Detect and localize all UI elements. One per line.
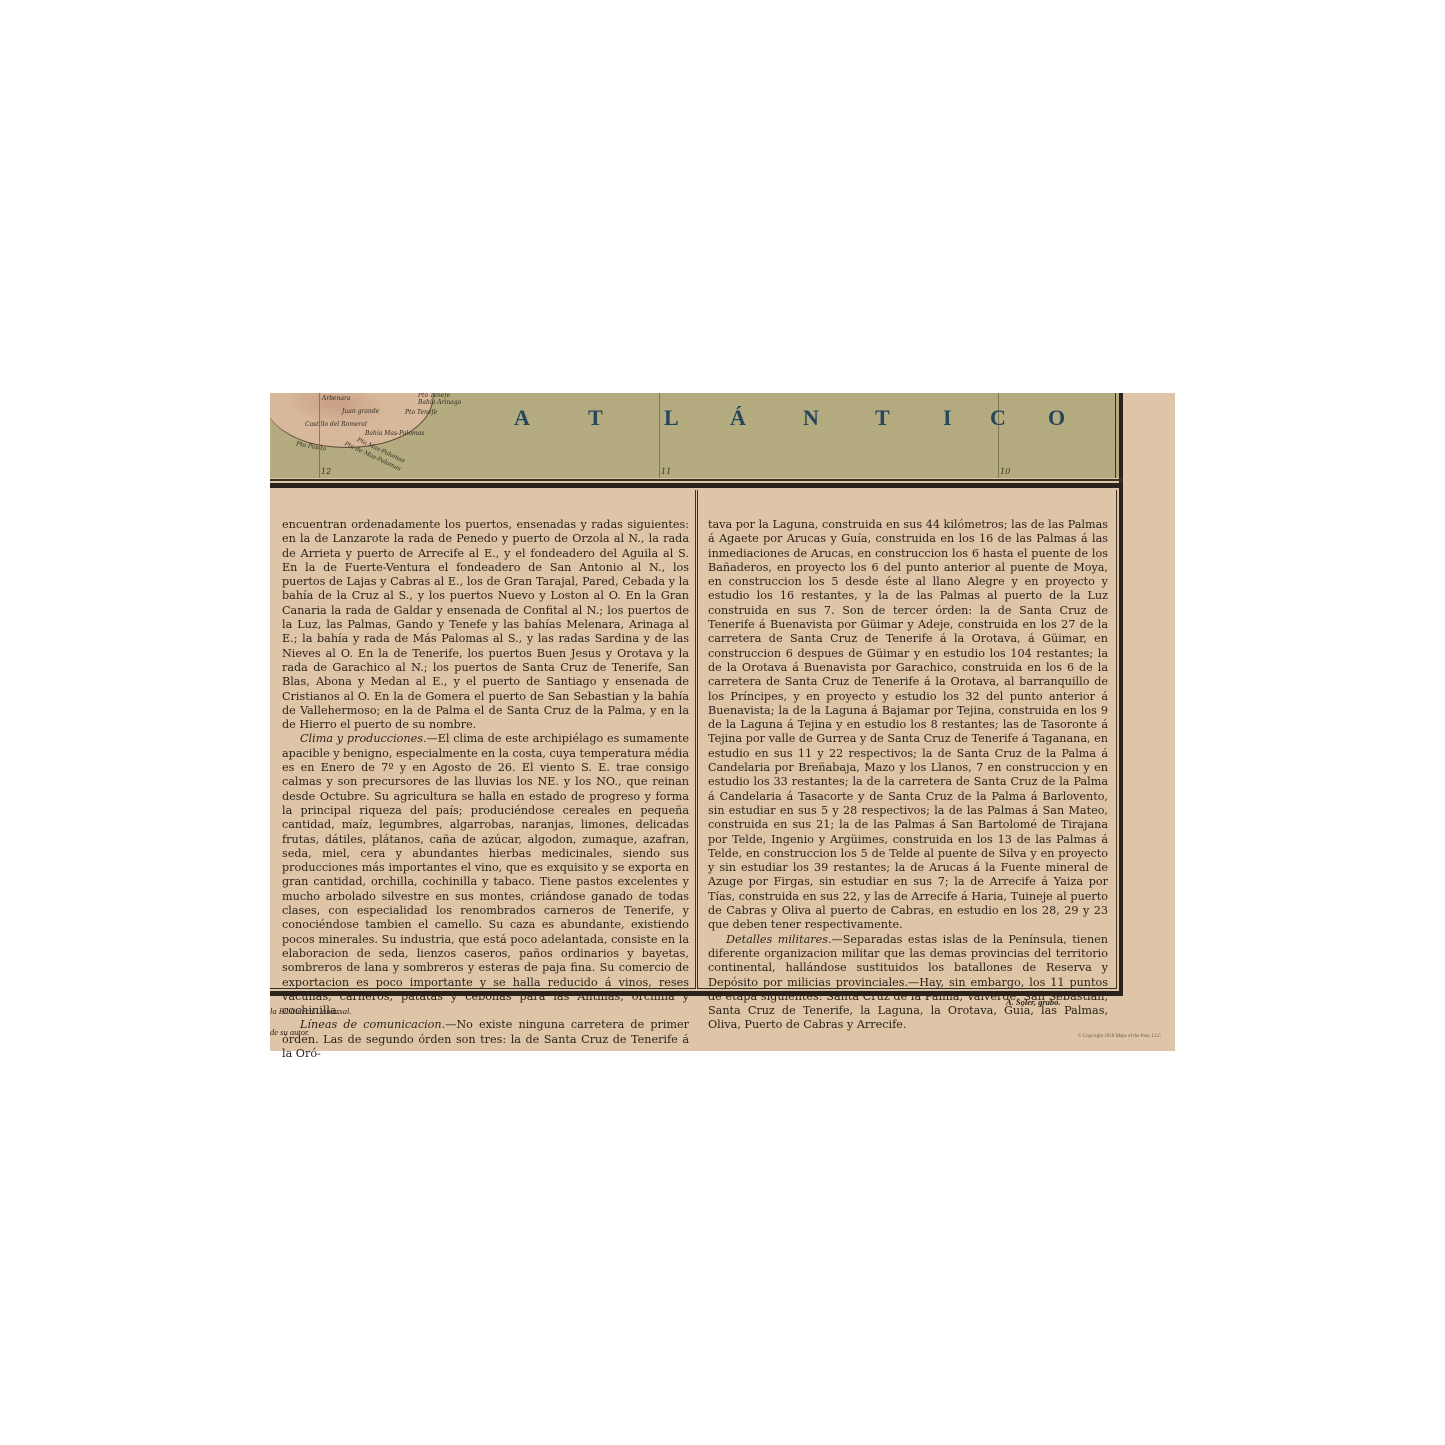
section-body: —Separadas estas islas de la Península, … xyxy=(708,933,1108,1032)
imprint-publisher: la Biblioteca Universal. xyxy=(270,1006,351,1016)
ocean-label-letter: T xyxy=(875,405,890,431)
ocean-label-letter: L xyxy=(664,405,679,431)
paragraph: Clima y producciones.—El clima de este a… xyxy=(282,732,689,1018)
frame-border xyxy=(270,483,1123,488)
imprint-author: de su autor. xyxy=(270,1027,309,1037)
ocean-label-letter: O xyxy=(1048,405,1065,431)
place-label: Castillo del Romeral xyxy=(305,421,367,428)
section-heading: Detalles militares. xyxy=(726,933,832,946)
ocean-label-letter: N xyxy=(803,405,819,431)
ocean-label-letter: C xyxy=(990,405,1006,431)
paragraph: tava por la Laguna, construida en sus 44… xyxy=(708,518,1108,933)
ocean-label-letter: I xyxy=(943,405,952,431)
section-heading: Clima y producciones. xyxy=(300,732,427,745)
text-column-right-box: tava por la Laguna, construida en sus 44… xyxy=(697,490,1117,989)
imprint-engraver: A. Soler, grabó. xyxy=(1006,997,1061,1007)
place-label: Bahía Arinaga xyxy=(418,399,461,406)
paragraph: Detalles militares.—Separadas estas isla… xyxy=(708,933,1108,1033)
ocean-label-letter: T xyxy=(588,405,603,431)
place-label: Arbenara xyxy=(322,395,350,402)
paragraph: encuentran ordenadamente los puertos, en… xyxy=(282,518,689,732)
frame-line xyxy=(1115,393,1116,478)
place-label: Juan grande xyxy=(342,408,379,415)
ocean-label-letter: Á xyxy=(730,405,746,431)
frame-border xyxy=(270,991,1123,996)
ocean-label-letter: A xyxy=(514,405,530,431)
meridian-label: 10 xyxy=(1000,467,1010,476)
place-label: Bahía Mas-Palomas xyxy=(365,430,424,437)
meridian-label: 11 xyxy=(661,467,671,476)
copyright-notice: © Copyright 2018 Maps of the Past, LLC xyxy=(1078,1034,1161,1039)
meridian-line xyxy=(319,393,320,478)
place-label: Pto Tenefe xyxy=(405,409,437,416)
meridian-line xyxy=(659,393,660,478)
text-column-left-box: encuentran ordenadamente los puertos, en… xyxy=(270,490,696,989)
text-column-right: tava por la Laguna, construida en sus 44… xyxy=(708,518,1108,1033)
paragraph: Líneas de comunicacion.—No existe ningun… xyxy=(282,1018,689,1061)
text-column-left: encuentran ordenadamente los puertos, en… xyxy=(282,518,689,1061)
section-body: —El clima de este archipiélago es sumame… xyxy=(282,732,689,1017)
map-sheet: Arbenara Pto Tenefe Bahía Arinaga Juan g… xyxy=(270,393,1175,1051)
section-heading: Líneas de comunicacion. xyxy=(300,1018,445,1031)
map-strip: Arbenara Pto Tenefe Bahía Arinaga Juan g… xyxy=(270,393,1121,478)
meridian-label: 12 xyxy=(321,467,331,476)
frame-line xyxy=(270,479,1123,481)
